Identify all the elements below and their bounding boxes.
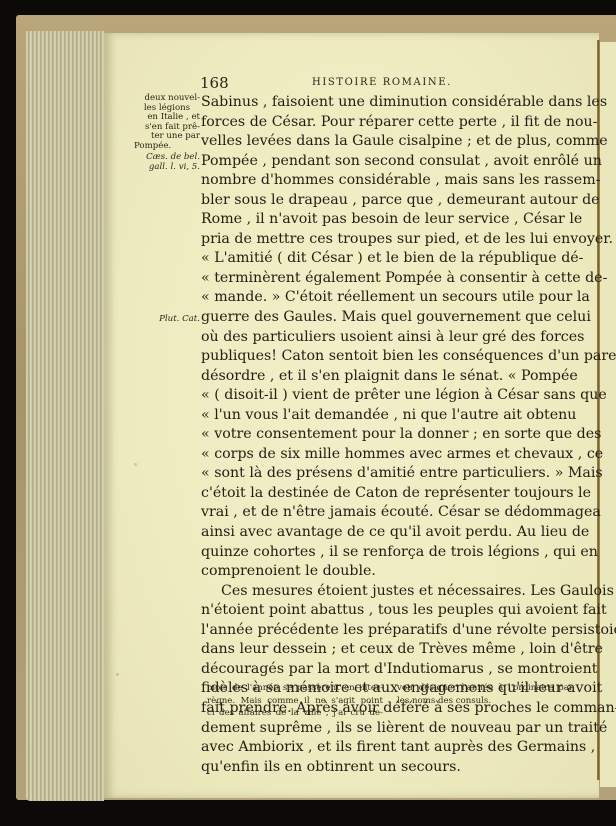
page-header: 168 HISTOIRE ROMAINE.: [200, 74, 560, 92]
text-line: qu'enfin ils en obtinrent un secours.: [201, 758, 564, 778]
text-line: c'étoit la destinée de Caton de représen…: [201, 484, 564, 504]
text-line: bler sous le drapeau , parce que , demeu…: [201, 191, 564, 211]
text-line: l'année précédente les préparatifs d'une…: [201, 621, 564, 641]
margin-note-line: Plut. Cat.: [134, 315, 200, 325]
paper-spot: [134, 463, 137, 466]
text-line: « ( disoit-il ) vient de prêter une légi…: [201, 386, 564, 406]
text-line: comprenoient le double.: [201, 562, 564, 582]
text-line: « mande. » C'étoit réellement un secours…: [201, 288, 564, 308]
text-line: ainsi avec avantage de ce qu'il avoit pe…: [201, 523, 564, 543]
text-line: vrai , et de n'être jamais écouté. César…: [201, 503, 564, 523]
text-line: « corps de six mille hommes avec armes e…: [201, 445, 564, 465]
footnote-line: mois de l'année se passèrent en inter-: [207, 682, 383, 695]
footnote-line: règne. Mais comme il ne s'agit point: [207, 695, 383, 708]
text-line: où des particuliers usoient ainsi à leur…: [201, 328, 564, 348]
text-line: nombre d'hommes considérable , mais sans…: [201, 171, 564, 191]
text-line: « l'un vous l'ait demandée , ni que l'au…: [201, 406, 564, 426]
text-line: velles levées dans la Gaule cisalpine ; …: [201, 132, 564, 152]
footnote-column-right: voir désigner l'année à l'ordinaire par …: [397, 682, 573, 707]
footnote-line: ci des affaires de la ville , j'ai cru d…: [207, 707, 383, 720]
margin-note-line: Pompée.: [134, 142, 200, 152]
text-line: Sabinus , faisoient une diminution consi…: [201, 93, 564, 113]
text-line: pria de mettre ces troupes sur pied, et …: [201, 230, 564, 250]
paper-spot: [116, 673, 119, 676]
margin-note-citation-plutarch: Plut. Cat.: [134, 315, 200, 325]
text-line: Ces mesures étoient justes et nécessaire…: [201, 582, 564, 602]
margin-note-citation-caesar: Cæs. de bel. gall. l. vi, 5.: [134, 153, 200, 172]
text-line: désordre , et il s'en plaignit dans le s…: [201, 367, 564, 387]
text-line: Pompée , pendant son second consulat , a…: [201, 152, 564, 172]
text-line: « terminèrent également Pompée à consent…: [201, 269, 564, 289]
running-head: HISTOIRE ROMAINE.: [312, 77, 452, 88]
margin-note-line: gall. l. vi, 5.: [134, 163, 200, 173]
page-edges-stack: [26, 31, 104, 801]
text-line: « votre consentement pour la donner ; en…: [201, 425, 564, 445]
text-line: guerre des Gaules. Mais quel gouvernemen…: [201, 308, 564, 328]
text-line: n'étoient point abattus , tous les peupl…: [201, 601, 564, 621]
facing-page-edge: [600, 42, 616, 787]
margin-note-legions: deux nouvel- les légions en Italie , et …: [134, 94, 200, 152]
text-line: découragés par la mort d'Indutiomarus , …: [201, 660, 564, 680]
page-number: 168: [200, 74, 229, 92]
text-line: forces de César. Pour réparer cette pert…: [201, 113, 564, 133]
footnote-line: voir désigner l'année à l'ordinaire par: [397, 682, 573, 695]
text-line: publiques! Caton sentoit bien les conséq…: [201, 347, 564, 367]
text-line: « L'amitié ( dit César ) et le bien de l…: [201, 249, 564, 269]
text-line: dans leur dessein ; et ceux de Trèves mê…: [201, 640, 564, 660]
text-line: dement suprême , ils se lièrent de nouve…: [201, 719, 564, 739]
footnote-line: les noms des consuls.: [397, 695, 573, 708]
text-line: « sont là des présens d'amitié entre par…: [201, 464, 564, 484]
text-line: quinze cohortes , il se renforça de troi…: [201, 543, 564, 563]
text-line: Rome , il n'avoit pas besoin de leur ser…: [201, 210, 564, 230]
text-line: avec Ambiorix , et ils firent tant auprè…: [201, 738, 564, 758]
footnote-column-left: mois de l'année se passèrent en inter- r…: [207, 682, 383, 720]
body-text: Sabinus , faisoient une diminution consi…: [201, 93, 564, 777]
